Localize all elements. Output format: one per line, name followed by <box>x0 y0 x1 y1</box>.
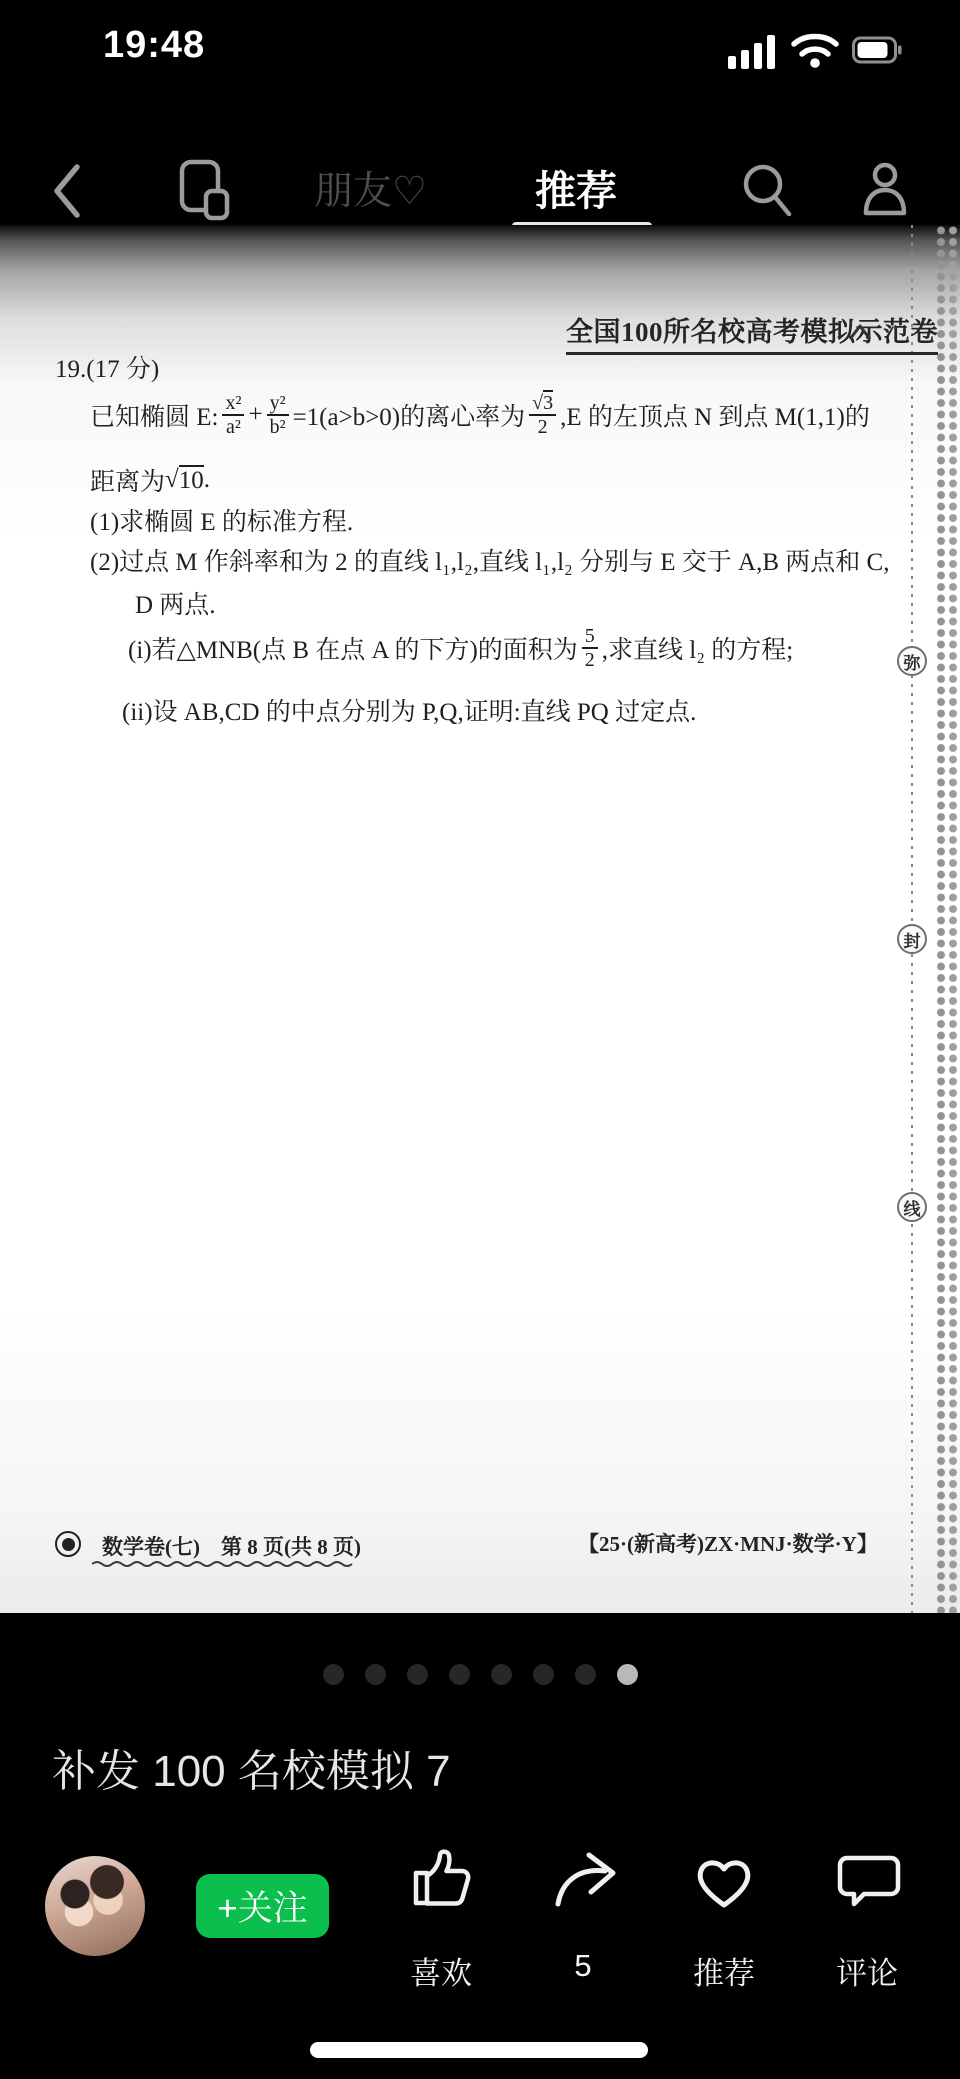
screen-cast-icon[interactable] <box>178 158 234 227</box>
carousel-dot <box>407 1664 428 1685</box>
home-indicator[interactable] <box>310 2042 648 2058</box>
fraction-y2-b2: y²b² <box>267 392 289 439</box>
footer-wavy-underline <box>92 1556 357 1574</box>
seal-dotted-line <box>911 225 913 1613</box>
question-line-2: 距离为 √10 . <box>90 462 210 498</box>
share-count[interactable]: 5 <box>513 1948 653 1984</box>
like-label[interactable]: 喜欢 <box>371 1948 511 1993</box>
carousel-dot <box>575 1664 596 1685</box>
seal-mark-feng: 封 <box>897 924 927 954</box>
question-item-2-cont: D 两点. <box>135 585 216 621</box>
fraction-x2-a2: x²a² <box>222 392 244 439</box>
question-sub-ii: (ii)设 AB,CD 的中点分别为 P,Q,证明:直线 PQ 过定点. <box>122 692 696 728</box>
profile-icon[interactable] <box>858 160 912 225</box>
cellular-signal-icon <box>728 31 778 74</box>
battery-icon <box>852 36 902 69</box>
back-button[interactable] <box>48 162 84 225</box>
paper-header: 全国100所名校高考模拟示范卷 <box>566 310 938 355</box>
footer-target-icon <box>55 1531 81 1557</box>
wifi-icon <box>790 30 840 75</box>
fraction-5-2: 52 <box>582 625 598 672</box>
carousel-dot <box>533 1664 554 1685</box>
carousel-dot <box>491 1664 512 1685</box>
like-icon[interactable] <box>408 1847 474 1914</box>
seal-mark-mi: 弥 <box>897 646 927 676</box>
comment-label[interactable]: 评论 <box>797 1948 937 1993</box>
status-time: 19:48 <box>103 24 205 67</box>
fraction-sqrt3-2: √3 2 <box>529 392 556 439</box>
question-item-1: (1)求椭圆 E 的标准方程. <box>90 502 353 538</box>
carousel-dot <box>365 1664 386 1685</box>
recommend-heart-icon[interactable] <box>691 1850 757 1915</box>
recommend-label[interactable]: 推荐 <box>654 1948 794 1993</box>
question-number: 19.(17 分) <box>55 349 159 385</box>
search-icon[interactable] <box>738 160 796 225</box>
comment-icon[interactable] <box>836 1852 902 1915</box>
question-sub-i: (i)若△MNB(点 B 在点 A 的下方)的面积为 52 ,求直线 l₂ 的方… <box>128 625 793 672</box>
tab-friends[interactable]: 朋友♡ <box>314 160 427 216</box>
footer-paper-code: 【25·(新高考)ZX·MNJ·数学·Y】 <box>578 1528 878 1558</box>
seal-mark-xian: 线 <box>897 1192 927 1222</box>
post-caption: 补发 100 名校模拟 7 <box>52 1735 451 1799</box>
share-icon[interactable] <box>549 1849 621 1914</box>
carousel-dot-active <box>617 1664 638 1685</box>
app-screen: 19:48 <box>0 0 960 2079</box>
binding-holes <box>934 225 960 1613</box>
question-line-1: 已知椭圆 E: x²a² + y²b² =1(a>b>0)的离心率为 √3 2 … <box>90 392 870 439</box>
header-arrow-icon <box>848 321 874 348</box>
tab-recommend[interactable]: 推荐 <box>535 158 617 217</box>
avatar[interactable] <box>45 1856 145 1956</box>
carousel-dot <box>323 1664 344 1685</box>
question-item-2: (2)过点 M 作斜率和为 2 的直线 l₁,l₂,直线 l₁,l₂ 分别与 E… <box>90 542 889 578</box>
follow-button[interactable]: +关注 <box>196 1874 329 1938</box>
status-icons <box>728 30 902 75</box>
carousel-dot <box>449 1664 470 1685</box>
exam-photo[interactable]: 弥 封 线 全国100所名校高考模拟示范卷 19.(17 分) 已知椭圆 E: … <box>0 225 960 1613</box>
carousel-dots[interactable] <box>0 1664 960 1685</box>
